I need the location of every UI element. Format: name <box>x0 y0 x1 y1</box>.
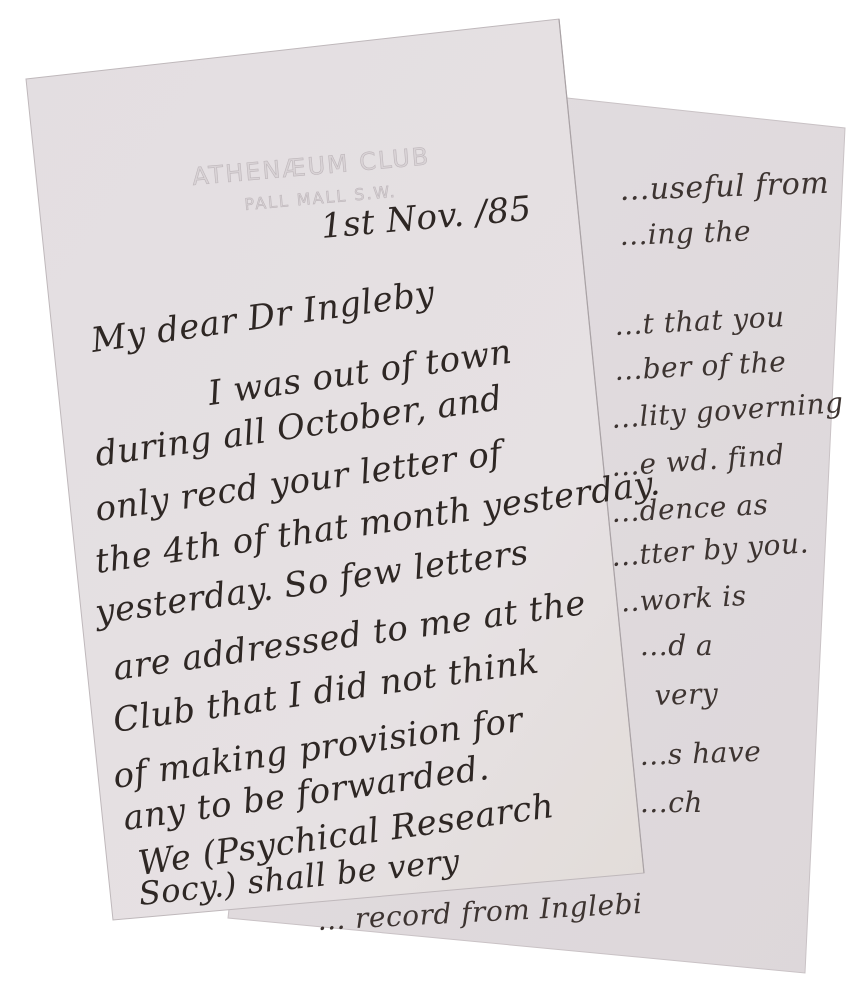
back-line: ...ing the <box>619 214 751 252</box>
letter-photo: ...useful from ...ing the ...t that you … <box>0 0 868 1000</box>
back-line: ...s have <box>639 735 762 772</box>
back-line: ...d a <box>640 629 713 662</box>
back-line: ...useful from <box>619 166 830 208</box>
back-line: ...ch <box>640 786 703 819</box>
back-line: very <box>654 677 719 712</box>
letter-sheets: ...useful from ...ing the ...t that you … <box>0 0 868 1000</box>
back-line: ...work is <box>611 579 748 619</box>
front-sheet: ATHENÆUM CLUB PALL MALL S.W. 1st Nov. /8… <box>26 19 663 920</box>
